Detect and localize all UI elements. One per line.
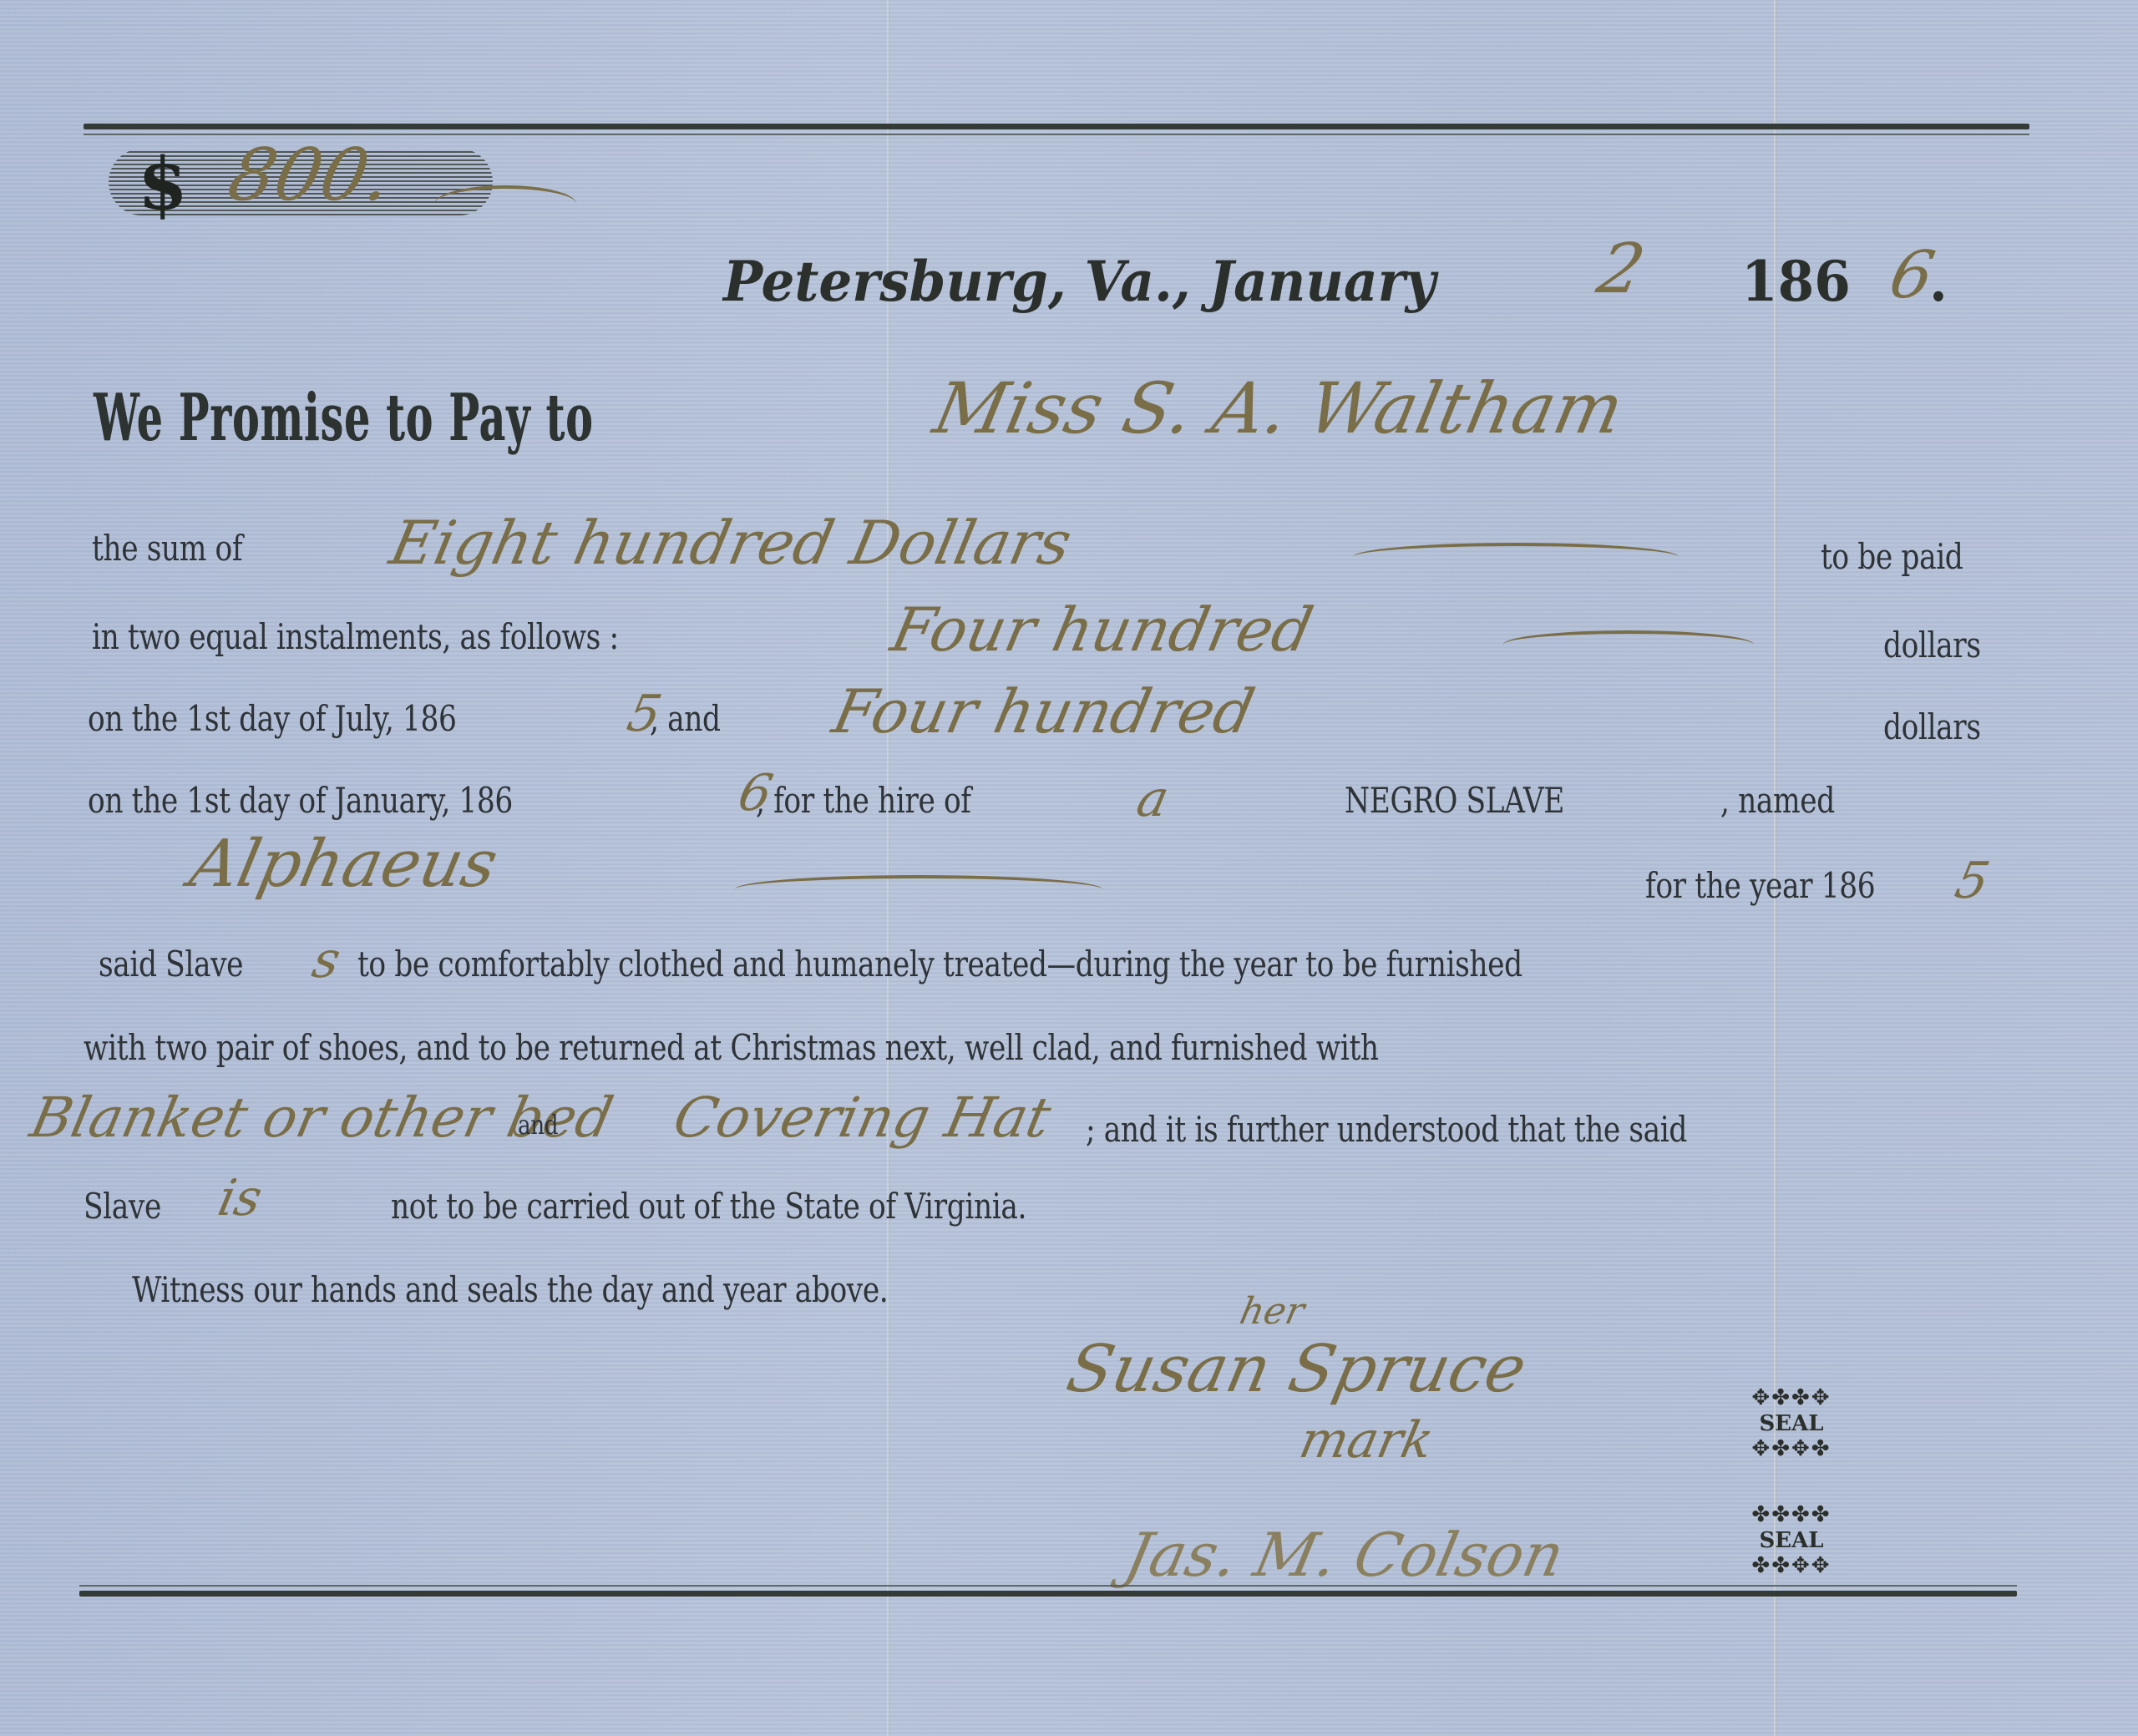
seal-ornament-icon: ✤✤✥✥ (1729, 1554, 1854, 1580)
seal-ornament-icon: ✥✤✤✥ (1729, 1386, 1854, 1412)
to-be-paid-label: to be paid (1821, 536, 1963, 577)
amount-handwritten: 800. (221, 134, 399, 217)
article-handwritten: a (1132, 770, 1174, 828)
dollars-label: dollars (1883, 706, 1981, 747)
name-handwritten: Alphaeus (184, 827, 504, 902)
dateline-printed: Petersburg, Va., January (723, 249, 1436, 314)
date-year-printed: 186 (1741, 249, 1851, 314)
instalment-2-handwritten: Four hundred (827, 676, 1260, 747)
january-date-label: on the 1st day of January, 186 (88, 780, 513, 821)
and-label: , and (650, 698, 721, 739)
body-line-9-post: not to be carried out of the State of Vi… (391, 1186, 1026, 1227)
signature-2: Jas. M. Colson (1119, 1520, 1570, 1590)
body-line-9-pre: Slave (84, 1186, 161, 1227)
july-date-label: on the 1st day of July, 186 (88, 698, 456, 739)
signature-1-annotation-above: her (1236, 1290, 1308, 1333)
date-period: . (1929, 249, 1948, 314)
body-line-8-post: ; and it is further understood that the … (1086, 1109, 1687, 1150)
seal-1: ✥✤✤✥ SEAL ✥✤✥✤ (1729, 1386, 1854, 1463)
body-line-8-hand-b: Covering Hat (668, 1086, 1056, 1150)
for-year-label: for the year 186 (1645, 865, 1875, 906)
sum-handwritten: Eight hundred Dollars (384, 508, 1077, 578)
named-label: , named (1720, 780, 1835, 821)
bottom-rule (79, 1585, 2017, 1597)
signature-1: Susan Spruce (1061, 1332, 1533, 1407)
hire-year-handwritten: 5 (1950, 852, 1994, 910)
dollars-label: dollars (1883, 625, 1981, 666)
body-line-7: with two pair of shoes, and to be return… (84, 1027, 1379, 1068)
line-flourish (1353, 543, 1679, 571)
body-line-6-pre: said Slave (99, 944, 243, 984)
amount-flourish (434, 185, 576, 222)
body-line-9-hand: is (213, 1169, 267, 1227)
body-line-6-post: to be comfortably clothed and humanely t… (357, 944, 1522, 984)
line-flourish (1503, 630, 1754, 659)
printed-term: NEGRO SLAVE (1345, 780, 1564, 821)
witness-clause: Witness our hands and seals the day and … (132, 1269, 888, 1310)
seal-label: SEAL (1729, 1529, 1854, 1555)
seal-ornament-icon: ✤✤✤✤ (1729, 1503, 1854, 1529)
hire-of-label: , for the hire of (756, 780, 971, 821)
seal-2: ✤✤✤✤ SEAL ✤✤✥✥ (1729, 1503, 1854, 1580)
heading: We Promise to Pay to (94, 380, 594, 456)
payee-handwritten: Miss S. A. Waltham (927, 367, 1630, 449)
seal-label: SEAL (1729, 1412, 1854, 1438)
sum-label: the sum of (92, 528, 242, 569)
date-day-handwritten: 2 (1591, 230, 1651, 309)
seal-ornament-icon: ✥✤✥✤ (1729, 1437, 1854, 1463)
dollar-sign: $ (138, 142, 188, 226)
body-line-8-and: and (518, 1109, 558, 1141)
line-flourish (735, 875, 1102, 903)
instalment-1-handwritten: Four hundred (885, 595, 1319, 665)
body-line-6-hand: s (307, 931, 346, 989)
instalments-label: in two equal instalments, as follows : (92, 616, 619, 657)
signature-1-annotation-below: mark (1294, 1411, 1439, 1470)
